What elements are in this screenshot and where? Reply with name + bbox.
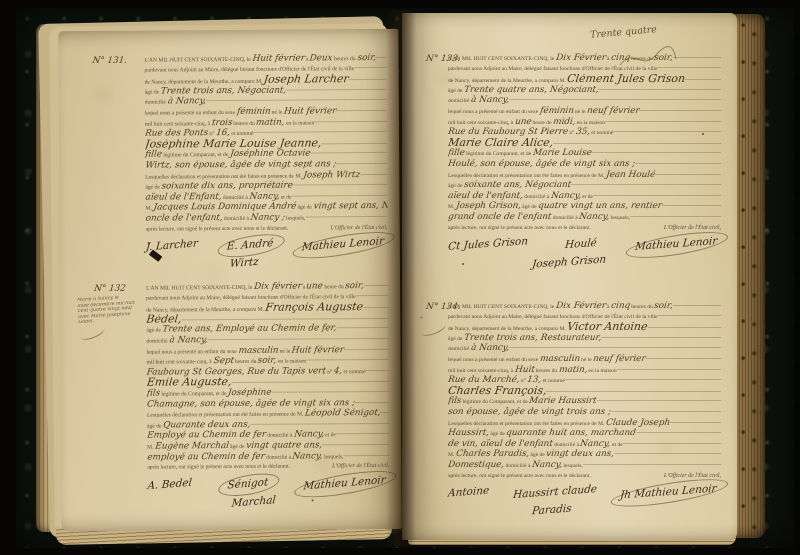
handwritten-text: 4, (333, 366, 343, 378)
printed-text: âgé de (229, 442, 246, 452)
printed-text: lesquels, (609, 213, 630, 223)
signature-row: Paradis (448, 504, 717, 519)
printed-text: né le (278, 346, 292, 357)
handwritten-text: Marie Haussirt (528, 396, 597, 407)
printed-text: lequel nous a présenté un enfant du sexe (145, 108, 237, 118)
handwritten-text: Rue des Ponts (145, 128, 209, 139)
handwritten-text: Trente ans, Employé au Chemin de fer, (162, 324, 337, 336)
record-line: Marie Claire Alice, (448, 138, 721, 149)
printed-text: né le (580, 355, 594, 365)
signature: Joseph Grison (532, 253, 607, 270)
handwritten-text: grand oncle de l'enfant (448, 212, 552, 223)
record-line: M. Joseph Grison, âgé de quatre vingt un… (448, 201, 721, 212)
signature: Mathieu Lenoir (303, 474, 386, 492)
handwritten-text: soixante dix ans, propriétaire (161, 181, 294, 193)
record-line: Faubourg St Georges, Rue du Tapis vert n… (147, 366, 389, 378)
handwritten-text: son épouse, âgée de vingt trois ans ; (448, 407, 612, 418)
printed-text: après lecture, ont signé le présent acte… (448, 223, 591, 234)
handwritten-text: Joseph Grison, (455, 201, 521, 212)
handwritten-text: matin, (558, 365, 588, 376)
handwritten-text: à Nancy, (470, 95, 510, 106)
handwritten-text: Marie Claire Alice, (448, 138, 554, 149)
record-line: après lecture, ont signé le présent acte… (448, 223, 721, 234)
handwritten-text: Haussirt, (448, 428, 490, 439)
handwritten-text: Rue du Faubourg St Pierre (448, 127, 569, 138)
record-line: M. Jacques Louis Dominique André âgé de … (145, 201, 387, 213)
record-line: aïeul de l'enfant, domicilié à Nancy, et… (448, 191, 721, 202)
margin-note-line: + (420, 312, 494, 321)
handwritten-text: Charles François, (448, 386, 547, 397)
record-body: L'AN MIL HUIT CENT SOIXANTE-CINQ, le Dix… (448, 301, 721, 519)
printed-text: après lecture, ont signé le présent acte… (147, 462, 290, 474)
printed-text: et nommé (342, 367, 366, 378)
record-line: Lesquelles déclaration et présentation o… (448, 170, 721, 181)
record-line: Lesquelles déclaration et présentation o… (145, 169, 387, 181)
handwritten-text: quarante huit ans, marchand (506, 428, 637, 439)
printed-text: et nommé (541, 376, 565, 386)
record-line: Rue du Faubourg St Pierre n° 35, et nomm… (448, 127, 721, 138)
record-number: N° 132 (93, 284, 126, 294)
handwritten-text: Domestique, (448, 460, 505, 471)
handwritten-text: Charles Paradis, (455, 449, 530, 460)
handwritten-text: Trente quatre ans, Négociant, (463, 85, 599, 96)
handwritten-text: Léopold Sénigot, (304, 408, 381, 420)
printed-text: mil huit cent soixante-cinq, à (147, 357, 214, 367)
handwritten-text: Dix Février (555, 53, 606, 64)
printed-text: mil huit cent soixante-cinq, à (145, 119, 212, 129)
record-line: grand oncle de l'enfant domicilié à Nanc… (448, 212, 721, 223)
record-line: Lesquelles déclaration et présentation o… (448, 418, 721, 429)
printed-text: heure de (531, 118, 553, 128)
handwritten-text: oncle de l'enfant, (146, 213, 224, 224)
handwritten-text: vingt deux ans, (545, 449, 614, 460)
handwritten-text: Jean Houlé (605, 170, 656, 181)
record-body: L'AN MIL HUIT CENT SOIXANTE-CINQ, le Dix… (146, 281, 390, 511)
handwritten-text: à Nancy, (470, 343, 510, 354)
printed-text: né le (270, 108, 284, 119)
handwritten-text: vingt sept ans, Négociant (313, 201, 388, 213)
printed-text: domicilié (448, 344, 471, 354)
printed-text: en la maison (575, 118, 605, 128)
foxing-stains (402, 13, 410, 21)
birth-record: N° 134.+L'AN MIL HUIT CENT SOIXANTE-CINQ… (402, 301, 737, 519)
record-line: M. Charles Paradis, âgé de vingt deux an… (448, 449, 721, 460)
handwritten-text: soir, (356, 53, 376, 65)
printed-text: L'AN MIL HUIT CENT SOIXANTE-CINQ, le (448, 302, 556, 312)
registry-book-photo: N° 131.L'AN MIL HUIT CENT SOIXANTE-CINQ,… (0, 0, 800, 555)
signature: J. Larcher (145, 237, 198, 253)
signature: Sénigot (227, 476, 269, 491)
record-line: âgé de Trente trois ans, Restaurateur, (448, 333, 721, 344)
printed-text: L'AN MIL HUIT CENT SOIXANTE-CINQ, le (448, 54, 556, 64)
signatures: AntoineHaussirt claudeJh Mathieu LenoirP… (448, 486, 721, 519)
record-line: après lecture, ont signé le présent acte… (448, 471, 721, 482)
printed-text: domicilié à (523, 192, 551, 202)
record-line: L'AN MIL HUIT CENT SOIXANTE-CINQ, le Dix… (146, 281, 388, 293)
handwritten-text: à Nancy, (168, 335, 208, 346)
signature-row: Joseph Grison (448, 256, 717, 271)
handwritten-text: soir, (654, 301, 674, 312)
printed-text: après lecture, ont signé le présent acte… (146, 223, 289, 235)
signature: Wirtz (229, 256, 259, 270)
record-line: domicilié à Nancy, (448, 343, 721, 354)
signature: E. André (226, 237, 273, 253)
handwritten-text: Bédel, (146, 314, 182, 325)
signature-row: J. LarcherE. AndréMathieu Lenoir (146, 238, 384, 257)
margin-note: + (420, 312, 495, 334)
handwritten-text: Quarante deux ans, (162, 420, 251, 431)
handwritten-text: Victor Antoine (567, 322, 649, 333)
handwritten-text: Wirtz, son épouse, âgée de vingt sept an… (145, 159, 337, 171)
printed-text: Lesquelles déclaration et présentation o… (448, 171, 606, 181)
speck (462, 263, 464, 265)
record-line: Charles François, (448, 386, 721, 397)
handwritten-text: 16, (215, 128, 230, 139)
printed-text: mil huit cent soixante-cinq, à (448, 366, 515, 376)
printed-text: lequel nous a présenté un enfant du sexe (448, 107, 540, 117)
printed-text: âgé de (145, 87, 161, 97)
handwritten-text: Nancy, (531, 460, 563, 471)
handwritten-text: Joseph Wirtz (302, 170, 360, 182)
birth-record: N° 131.L'AN MIL HUIT CENT SOIXANTE-CINQ,… (58, 53, 400, 273)
record-number: N° 131. (92, 56, 128, 66)
printed-text: heures du (630, 302, 654, 312)
handwritten-text: Trente trois ans, Restaurateur, (463, 333, 602, 344)
handwritten-text: Joséphine (227, 388, 272, 399)
printed-text: en la maison (587, 366, 617, 376)
handwritten-text: fille (448, 148, 465, 159)
handwritten-text: Huit (514, 365, 535, 376)
birth-record: N° 133.L'AN MIL HUIT CENT SOIXANTE-CINQ,… (402, 53, 737, 271)
printed-text: âgé de (147, 421, 163, 431)
printed-text: né le (573, 107, 587, 117)
record-line: Rue du Marché, n° 13, et nommé (448, 375, 721, 386)
right-page: Trente quatre N° 133.L'AN MIL HUIT CENT … (402, 13, 737, 540)
handwritten-text: Huit février (283, 106, 337, 118)
printed-text: âgé de (521, 202, 538, 212)
handwritten-text: employé au Chemin de fer (147, 451, 265, 462)
handwritten-text: 35, (575, 127, 590, 138)
record-line: Houlé, son épouse, âgée de vingt six ans… (448, 159, 721, 170)
signature: Jh Mathieu Lenoir (620, 483, 717, 502)
printed-text: domicilié (448, 96, 471, 106)
record-number: N° 133. (425, 54, 461, 64)
handwritten-text: Employé au Chemin de fer (147, 430, 266, 441)
handwritten-text: Marie Louise (532, 148, 592, 159)
handwritten-text: fille (145, 150, 162, 161)
handwritten-text: soir, (257, 356, 277, 368)
handwritten-text: Claude Joseph (605, 418, 670, 429)
record-line: âgé de soixante ans, Négociant (448, 180, 721, 191)
handwritten-text: à Nancy, (167, 97, 207, 108)
record-line: son épouse, âgée de vingt trois ans ; (448, 407, 721, 418)
signature: Antoine (448, 485, 490, 500)
handwritten-text: fils (147, 388, 161, 399)
handwritten-text: Nancy, (580, 439, 612, 450)
printed-text: et de (581, 192, 593, 202)
record-body: L'AN MIL HUIT CENT SOIXANTE-CINQ, le Dix… (448, 53, 721, 271)
printed-text: et de (324, 431, 336, 442)
handwritten-text: neuf février (592, 354, 646, 365)
printed-text: légitime du Comparant, et de (160, 389, 228, 399)
record-line: après lecture, ont signé le présent acte… (147, 461, 389, 473)
handwritten-text: 13, (527, 375, 542, 386)
printed-text: de Nancy, département de la Meurthe, a c… (146, 305, 265, 314)
signature-row: A. BedelSénigotMathieu Lenoir (147, 477, 385, 496)
record-line: fille légitime du Comparant, et de Marie… (448, 148, 721, 159)
handwritten-text: soixante ans, Négociant (463, 180, 572, 191)
folio-note: Trente quatre (590, 24, 658, 41)
record-line: Haussirt, âgé de quarante huit ans, marc… (448, 428, 721, 439)
handwritten-text: Nancy, (578, 212, 610, 223)
printed-text: domicilié à (553, 440, 581, 450)
handwritten-text: fils (448, 396, 462, 407)
signatures: J. LarcherE. AndréMathieu LenoirWirtz (146, 238, 388, 273)
left-page: N° 131.L'AN MIL HUIT CENT SOIXANTE-CINQ,… (58, 29, 401, 531)
signature: Mathieu Lenoir (301, 235, 384, 253)
record-line: pardevant nous Adjoint au Maire, délégué… (144, 63, 386, 75)
speck (312, 499, 314, 501)
handwritten-text: Houlé, son épouse, âgée de vingt six ans… (448, 159, 636, 170)
signature: Ct Jules Grison (448, 235, 529, 253)
record-line: de vin, aïeul de l'enfant domicilié à Na… (448, 439, 721, 450)
signature-row: Wirtz (146, 256, 384, 273)
printed-text: âgé de (296, 203, 313, 214)
margin-note: Marié à Nancy leonze décembre mil huitce… (77, 294, 153, 339)
handwritten-text: masculin (539, 354, 580, 365)
handwritten-text: aïeul de l'enfant, (448, 191, 523, 202)
handwritten-text: aïeul de l'Enfant, (145, 192, 222, 203)
printed-text: et de (611, 440, 623, 450)
signature: Paradis (532, 503, 573, 518)
record-line: domicilié à Nancy, (448, 95, 721, 106)
record-line: L'AN MIL HUIT CENT SOIXANTE-CINQ, le Dix… (448, 53, 721, 64)
record-line: lequel nous a présenté un enfant du sexe… (448, 106, 721, 117)
printed-text: heures du (233, 357, 257, 367)
handwritten-text: soir, (345, 281, 365, 293)
record-number: N° 134. (425, 302, 461, 312)
record-line: âgé de Trente quatre ans, Négociant, (448, 85, 721, 96)
signatures: Ct Jules GrisonHouléMathieu LenoirJoseph… (448, 238, 721, 271)
printed-text: Lesquelles déclaration et présentation o… (448, 419, 606, 429)
printed-text: domicilié à (551, 213, 579, 223)
printed-text: mil huit cent soixante-cinq, à (448, 118, 515, 128)
printed-text: en la maison (285, 118, 315, 129)
handwritten-text: féminin (539, 106, 574, 117)
paraphe-flourish (616, 45, 680, 71)
handwritten-text: Nancy ; (250, 213, 286, 225)
printed-text: domicilié à (504, 461, 532, 471)
printed-text: Lesquelles déclaration et présentation o… (147, 410, 305, 421)
record-line: lequel nous a présenté un enfant du sexe… (448, 354, 721, 365)
handwritten-text: Huit février (291, 345, 345, 357)
handwritten-text: trois (211, 118, 233, 129)
printed-text: âgé de (529, 450, 546, 460)
printed-text: âgé de (448, 334, 464, 344)
handwritten-text: Huit février (251, 53, 305, 65)
printed-text: heures du (534, 366, 558, 376)
handwritten-text: Nancy, (550, 191, 582, 202)
handwritten-text: neuf février (586, 106, 640, 117)
handwritten-text: Dix février (253, 281, 302, 293)
handwritten-text: Joseph Larcher (263, 74, 349, 86)
handwritten-text: matin, (256, 117, 286, 129)
speck (702, 133, 704, 135)
handwritten-text: féminin (236, 107, 271, 118)
handwritten-text: de vin, aïeul de l'enfant (448, 439, 553, 450)
handwritten-text: François Auguste (265, 302, 364, 314)
printed-text: lesquels, (562, 461, 583, 471)
handwritten-text: Sept (212, 356, 234, 367)
handwritten-text: midi, (552, 117, 576, 128)
handwritten-text: Eugène Marchal (154, 441, 229, 452)
printed-text: domicilié (145, 98, 168, 108)
signature: Marchal (231, 494, 276, 510)
handwritten-text: une (514, 117, 532, 128)
signature: A. Bedel (147, 476, 192, 492)
handwritten-text: Clément Jules Grison (567, 74, 686, 85)
printed-text: âgé de (448, 86, 464, 96)
printed-text: lequel nous a présenté un enfant du sexe (448, 355, 540, 365)
handwritten-text: Dix Février (555, 301, 606, 312)
birth-record: N° 132Marié à Nancy leonze décembre mil … (60, 281, 402, 512)
record-line: après lecture, ont signé le présent acte… (146, 222, 388, 234)
printed-text: domicilié (146, 336, 169, 346)
printed-text: légitime du Comparant, et de (461, 397, 529, 407)
handwritten-text: Rue du Marché, (448, 375, 520, 386)
record-body: L'AN MIL HUIT CENT SOIXANTE-CINQ, le Hui… (144, 53, 388, 273)
signature-row: Marchal (148, 495, 386, 512)
printed-text: légitime du Comparant, et de (162, 150, 230, 160)
handwritten-text: Émile Auguste, (147, 377, 232, 388)
handwritten-text: Trente trois ans, Négociant, (160, 85, 287, 97)
speck (148, 243, 150, 245)
printed-text: âgé de (489, 429, 506, 439)
printed-text: légitime du Comparant, et de (465, 149, 533, 159)
record-line: fils légitime du Comparant, et de Marie … (448, 396, 721, 407)
handwritten-text: Faubourg St Georges, Rue du Tapis vert (147, 366, 327, 378)
signature: Houlé (565, 237, 598, 251)
record-line: de Nancy, département de la Meurthe, a c… (146, 302, 388, 314)
record-line: mil huit cent soixante-cinq, à une heure… (448, 117, 721, 128)
printed-text: âgé de (448, 181, 464, 191)
handwritten-text: Deux (309, 53, 333, 65)
record-line: pardevant nous Adjoint au Maire, délégué… (448, 64, 721, 75)
printed-text: de Nancy, département de la Meurthe, a c… (448, 76, 567, 85)
handwritten-text: vingt quatre ans, (245, 440, 322, 452)
record-line: de Nancy, département de la Meurthe, a c… (448, 74, 721, 85)
handwritten-text: cinq (610, 301, 630, 312)
handwritten-text: une (306, 281, 324, 293)
signature-row: AntoineHaussirt claudeJh Mathieu Lenoir (448, 486, 717, 503)
printed-text: heures du (232, 118, 256, 128)
record-line: Lesquelles déclaration et présentation o… (147, 408, 389, 420)
handwritten-text: Nancy, (292, 451, 323, 463)
signature-row: Ct Jules GrisonHouléMathieu Lenoir (448, 238, 717, 255)
printed-text: après lecture, ont signé le présent acte… (448, 471, 591, 482)
signatures: A. BedelSénigotMathieu LenoirMarchal (147, 477, 389, 512)
printed-text: âgé de (145, 183, 161, 193)
foxing-stains (58, 31, 66, 39)
signature: Mathieu Lenoir (634, 235, 717, 253)
printed-text: et nommé (590, 128, 614, 138)
record-line: mil huit cent soixante-cinq, à Huit heur… (448, 365, 721, 376)
record-line: Domestique, domicilié à Nancy, lesquels, (448, 460, 721, 471)
signature: Haussirt claude (512, 483, 597, 501)
page-edges-right (734, 14, 765, 538)
handwritten-text: quatre vingt un ans, rentier (537, 201, 662, 212)
record-line: L'AN MIL HUIT CENT SOIXANTE-CINQ, le Dix… (448, 301, 721, 312)
